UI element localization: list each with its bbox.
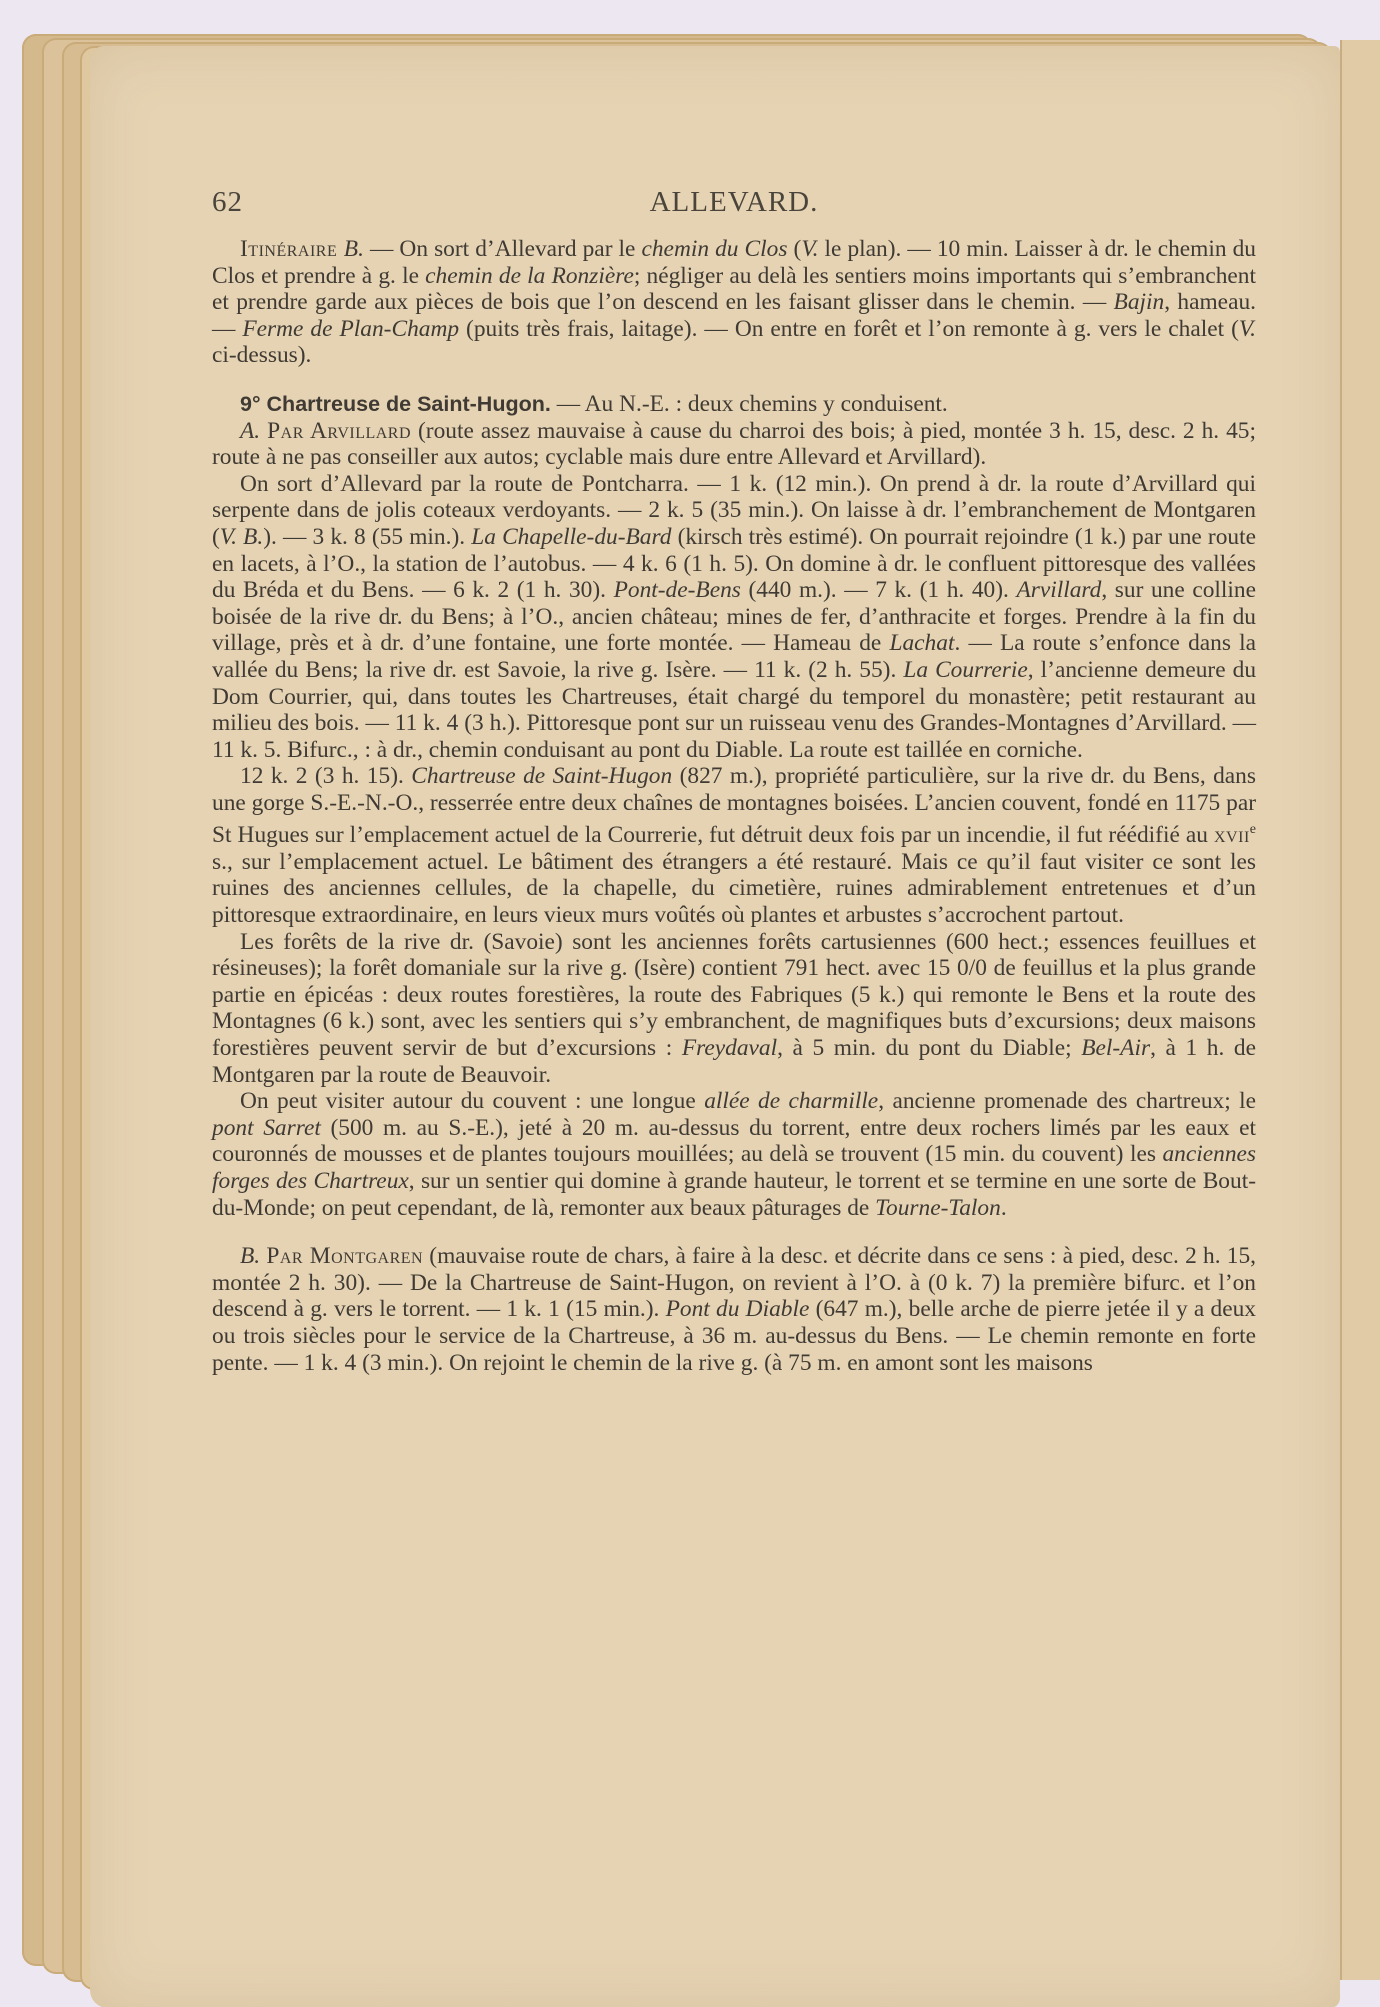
paragraph-route-a-intro: A. Par Arvillard (route assez mauvaise à… [212,418,1256,471]
paragraph-route-b: B. Par Montgaren (mauvaise route de char… [212,1243,1256,1376]
book-page: 62 ALLEVARD. Itinéraire B. — On sort d’A… [90,46,1340,2007]
text-run: — On sort d’Allevard par le [364,236,642,262]
text-run: V. [801,236,818,262]
text-run: On peut visiter autour du couvent : une … [240,1088,704,1114]
text-run: La Courrerie [903,657,1027,683]
text-run: Bajin [1114,289,1165,315]
text-run: , ancienne promenade des chartreux; le [878,1088,1256,1114]
text-run: Itinéraire [240,236,344,262]
text-run: Par Arvillard [267,418,411,444]
text-run: Tourne-Talon [875,1195,1001,1221]
text-run: (440 m.). — 7 k. (1 h. 40). [741,577,1017,603]
text-run: Ferme de Plan-Champ [242,316,459,342]
paragraph-route-a-body: On sort d’Allevard par la route de Pontc… [212,471,1256,764]
text-run: ci-dessus). [212,342,311,368]
text-run: . [1001,1195,1007,1221]
paragraph-itineraire-b: Itinéraire B. — On sort d’Allevard par l… [212,236,1256,369]
section-heading-saint-hugon: 9° Chartreuse de Saint-Hugon. — Au N.-E.… [212,391,1256,418]
text-run: B. [344,236,364,262]
text-run: s., sur l’emplacement actuel. Le bâtimen… [212,849,1256,928]
text-run: Chartreuse de Saint-Hugon [411,763,672,789]
running-title: ALLEVARD. [212,186,1256,219]
running-header: 62 ALLEVARD. [212,186,1256,236]
text-run: chemin du Clos [641,236,787,262]
body-text: Itinéraire B. — On sort d’Allevard par l… [212,236,1256,1376]
text-run: allée de charmille [704,1088,878,1114]
text-run: ). — 3 k. 8 (55 min.). [263,524,471,550]
adjacent-page-edge [1340,40,1380,1980]
paragraph-autour-du-couvent: On peut visiter autour du couvent : une … [212,1088,1256,1221]
text-run: chemin de la Ronzière [425,263,634,289]
paragraph-forets: Les forêts de la rive dr. (Savoie) sont … [212,929,1256,1089]
text-run: , à 5 min. du pont du Diable; [777,1035,1081,1061]
text-run: Pont-de-Bens [614,577,741,603]
text-run: B. [240,1243,260,1269]
text-run: Lachat [889,630,954,656]
text-run: La Chapelle-du-Bard [471,524,671,550]
text-run: V. B. [220,524,263,550]
text-run: Pont du Diable [666,1296,810,1322]
text-run: e [1250,821,1256,837]
section-heading-text: 9° Chartreuse de Saint-Hugon. [240,392,551,416]
text-run: ( [787,236,801,262]
text-run: (puits très frais, laitage). — On entre … [459,316,1239,342]
text-run: — Au N.-E. : deux chemins y conduisent. [551,391,948,417]
page-content: 62 ALLEVARD. Itinéraire B. — On sort d’A… [212,186,1256,1376]
text-run: A. [240,418,260,444]
text-run: Freydaval [682,1035,777,1061]
text-run: 12 k. 2 (3 h. 15). [240,763,411,789]
text-run: V. [1239,316,1256,342]
text-run: Par Montgaren [266,1243,423,1269]
text-run: (500 m. au S.-E.), jeté à 20 m. au-dessu… [212,1115,1256,1168]
text-run: Bel-Air [1081,1035,1150,1061]
text-run: pont Sarret [212,1115,321,1141]
text-run: Arvillard [1016,577,1101,603]
text-run: xvii [1214,822,1250,848]
paragraph-saint-hugon-description: 12 k. 2 (3 h. 15). Chartreuse de Saint-H… [212,763,1256,928]
